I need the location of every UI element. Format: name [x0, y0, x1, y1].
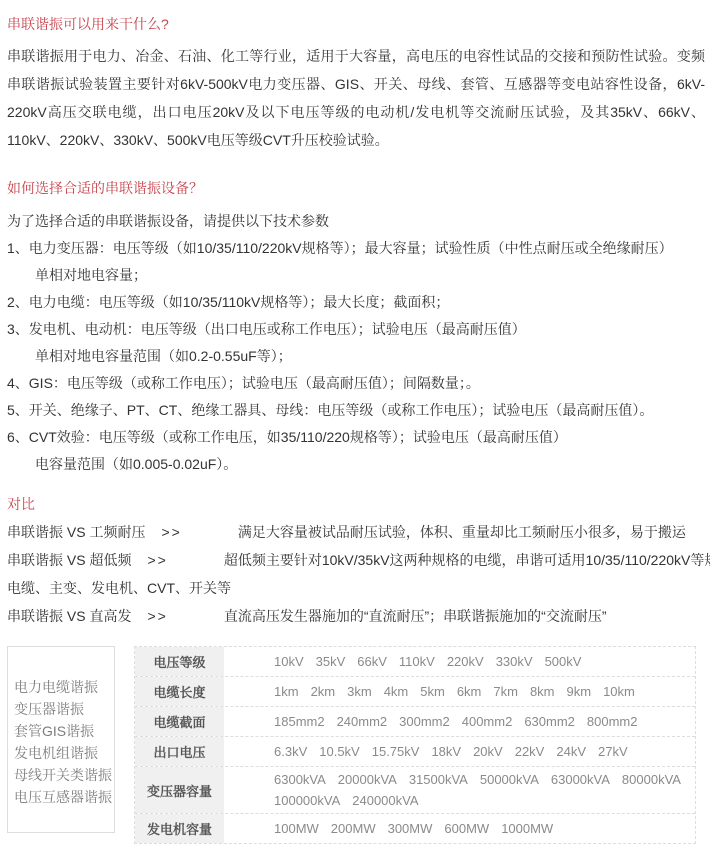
table-row-values: 10kV35kV66kV110kV220kV330kV500kV — [224, 647, 695, 676]
table-cell-value: 600MW — [444, 818, 489, 839]
comparison-section-title: 对比 — [7, 496, 705, 512]
table-row-label: 出口电压 — [135, 737, 224, 766]
table-cell-value: 6.3kV — [274, 741, 307, 762]
sidebar-item[interactable]: 电压互感器谐振 — [14, 786, 114, 808]
table-cell-value: 300MW — [388, 818, 433, 839]
comparison-description: 电缆、主变、发电机、CVT、开关等 — [7, 574, 231, 602]
selection-intro: 为了选择合适的串联谐振设备，请提供以下技术参数 — [7, 208, 705, 235]
value-line: 185mm2240mm2300mm2400mm2630mm2800mm2 — [274, 711, 691, 732]
double-chevron-icon: >> — [147, 602, 167, 630]
table-cell-value: 110kV — [399, 651, 435, 672]
table-cell-value: 1000MW — [501, 818, 553, 839]
table-cell-value: 80000kVA — [622, 769, 681, 790]
table-cell-value: 185mm2 — [274, 711, 325, 732]
table-row-label: 电缆截面 — [135, 707, 224, 736]
table-cell-value: 300mm2 — [399, 711, 450, 732]
selection-line: 电容量范围（如0.005-0.02uF）。 — [7, 451, 705, 478]
table-row-values: 100MW200MW300MW600MW1000MW — [224, 814, 695, 843]
comparison-row: 串联谐振 VS 超低频>>超低频主要针对10kV/35kV这两种规格的电缆，串谐… — [7, 546, 705, 574]
table-cell-value: 2km — [311, 681, 336, 702]
comparison-description: 超低频主要针对10kV/35kV这两种规格的电缆，串谐可适用10/35/110/… — [224, 546, 710, 574]
selection-line: 4、GIS：电压等级（或称工作电压）；试验电压（最高耐压值）；间隔数量；。 — [7, 370, 705, 397]
table-cell-value: 240000kVA — [352, 790, 418, 811]
selection-section-title: 如何选择合适的串联谐振设备？ — [7, 180, 705, 196]
table-cell-value: 630mm2 — [524, 711, 575, 732]
table-cell-value: 31500kVA — [409, 769, 468, 790]
table-cell-value: 10.5kV — [319, 741, 359, 762]
value-line: 100MW200MW300MW600MW1000MW — [274, 818, 691, 839]
table-row: 电压等级10kV35kV66kV110kV220kV330kV500kV — [135, 647, 695, 676]
comparison-left-label: 串联谐振 VS 工频耐压 — [7, 518, 145, 546]
table-cell-value: 4km — [384, 681, 409, 702]
comparison-row: 串联谐振 VS 工频耐压>>满足大容量被试品耐压试验，体积、重量却比工频耐压小很… — [7, 518, 705, 546]
sidebar-item[interactable]: 母线开关类谐振 — [14, 764, 114, 786]
table-row: 电缆截面185mm2240mm2300mm2400mm2630mm2800mm2 — [135, 706, 695, 736]
table-row-label: 电缆长度 — [135, 677, 224, 706]
table-cell-value: 3km — [347, 681, 372, 702]
selection-list: 1、电力变压器：电压等级（如10/35/110/220kV规格等）；最大容量；试… — [7, 235, 705, 478]
table-cell-value: 500kV — [545, 651, 582, 672]
table-row: 变压器容量6300kVA20000kVA31500kVA50000kVA6300… — [135, 766, 695, 813]
selection-line: 2、电力电缆：电压等级（如10/35/110kV规格等）；最大长度；截面积； — [7, 289, 705, 316]
table-row-values: 185mm2240mm2300mm2400mm2630mm2800mm2 — [224, 707, 695, 736]
sidebar-item[interactable]: 发电机组谐振 — [14, 742, 114, 764]
table-cell-value: 63000kVA — [551, 769, 610, 790]
table-row-values: 6300kVA20000kVA31500kVA50000kVA63000kVA8… — [224, 767, 695, 813]
table-cell-value: 10kV — [274, 651, 304, 672]
comparison-description: 直流高压发生器施加的“直流耐压”；串联谐振施加的“交流耐压” — [224, 602, 607, 630]
table-row-values: 1km2km3km4km5km6km7km8km9km10km — [224, 677, 695, 706]
table-cell-value: 50000kVA — [480, 769, 539, 790]
selection-line: 单相对地电容量； — [7, 262, 705, 289]
usage-section-title: 串联谐振可以用来干什么? — [7, 16, 705, 32]
table-cell-value: 400mm2 — [462, 711, 513, 732]
comparison-rows: 串联谐振 VS 工频耐压>>满足大容量被试品耐压试验，体积、重量却比工频耐压小很… — [7, 518, 705, 630]
double-chevron-icon: >> — [147, 546, 167, 574]
table-cell-value: 20000kVA — [338, 769, 397, 790]
usage-paragraph: 串联谐振用于电力、冶金、石油、化工等行业，适用于大容量，高电压的电容性试品的交接… — [7, 42, 705, 154]
selection-line: 单相对地电容量范围（如0.2-0.55uF等）； — [7, 343, 705, 370]
table-cell-value: 6300kVA — [274, 769, 326, 790]
table-row: 出口电压6.3kV10.5kV15.75kV18kV20kV22kV24kV27… — [135, 736, 695, 766]
page: 串联谐振可以用来干什么? 串联谐振用于电力、冶金、石油、化工等行业，适用于大容量… — [0, 16, 710, 844]
table-cell-value: 220kV — [447, 651, 484, 672]
selection-line: 3、发电机、电动机：电压等级（出口电压或称工作电压）；试验电压（最高耐压值） — [7, 316, 705, 343]
table-row-label: 发电机容量 — [135, 814, 224, 843]
sidebar-item[interactable]: 变压器谐振 — [14, 698, 114, 720]
table-cell-value: 240mm2 — [337, 711, 388, 732]
bottom-area: 电力电缆谐振变压器谐振套管GIS谐振发电机组谐振母线开关类谐振电压互感器谐振 电… — [7, 646, 705, 844]
table-cell-value: 330kV — [496, 651, 533, 672]
table-cell-value: 8km — [530, 681, 555, 702]
table-cell-value: 100000kVA — [274, 790, 340, 811]
table-cell-value: 9km — [567, 681, 592, 702]
table-cell-value: 800mm2 — [587, 711, 638, 732]
table-cell-value: 66kV — [357, 651, 387, 672]
table-cell-value: 27kV — [598, 741, 628, 762]
table-cell-value: 35kV — [316, 651, 346, 672]
sidebar-item[interactable]: 电力电缆谐振 — [14, 676, 114, 698]
double-chevron-icon: >> — [161, 518, 181, 546]
comparison-left-label: 串联谐振 VS 超低频 — [7, 546, 131, 574]
table-cell-value: 18kV — [431, 741, 461, 762]
selection-line: 6、CVT效验：电压等级（或称工作电压，如35/110/220规格等）；试验电压… — [7, 424, 705, 451]
comparison-left-label: 串联谐振 VS 直高发 — [7, 602, 131, 630]
table-row: 电缆长度1km2km3km4km5km6km7km8km9km10km — [135, 676, 695, 706]
table-cell-value: 100MW — [274, 818, 319, 839]
selection-line: 1、电力变压器：电压等级（如10/35/110/220kV规格等）；最大容量；试… — [7, 235, 705, 262]
comparison-row: 电缆、主变、发电机、CVT、开关等 — [7, 574, 705, 602]
table-cell-value: 15.75kV — [372, 741, 420, 762]
table-cell-value: 7km — [493, 681, 518, 702]
comparison-row: 串联谐振 VS 直高发>>直流高压发生器施加的“直流耐压”；串联谐振施加的“交流… — [7, 602, 705, 630]
spec-table: 电压等级10kV35kV66kV110kV220kV330kV500kV电缆长度… — [134, 646, 696, 844]
value-line: 6.3kV10.5kV15.75kV18kV20kV22kV24kV27kV — [274, 741, 691, 762]
sidebar-menu: 电力电缆谐振变压器谐振套管GIS谐振发电机组谐振母线开关类谐振电压互感器谐振 — [7, 646, 115, 833]
value-line: 6300kVA20000kVA31500kVA50000kVA63000kVA8… — [274, 769, 691, 790]
table-row-label: 变压器容量 — [135, 767, 224, 813]
table-cell-value: 5km — [420, 681, 445, 702]
table-cell-value: 6km — [457, 681, 482, 702]
value-line: 10kV35kV66kV110kV220kV330kV500kV — [274, 651, 691, 672]
table-cell-value: 20kV — [473, 741, 503, 762]
comparison-description: 满足大容量被试品耐压试验，体积、重量却比工频耐压小很多，易于搬运 — [238, 518, 686, 546]
table-row-values: 6.3kV10.5kV15.75kV18kV20kV22kV24kV27kV — [224, 737, 695, 766]
table-cell-value: 1km — [274, 681, 299, 702]
value-line: 1km2km3km4km5km6km7km8km9km10km — [274, 681, 691, 702]
table-cell-value: 24kV — [556, 741, 586, 762]
table-cell-value: 22kV — [515, 741, 545, 762]
selection-line: 5、开关、绝缘子、PT、CT、绝缘工器具、母线：电压等级（或称工作电压）；试验电… — [7, 397, 705, 424]
table-row: 发电机容量100MW200MW300MW600MW1000MW — [135, 813, 695, 843]
table-cell-value: 10km — [603, 681, 635, 702]
table-row-label: 电压等级 — [135, 647, 224, 676]
sidebar-item[interactable]: 套管GIS谐振 — [14, 720, 114, 742]
value-line: 100000kVA240000kVA — [274, 790, 691, 811]
table-cell-value: 200MW — [331, 818, 376, 839]
